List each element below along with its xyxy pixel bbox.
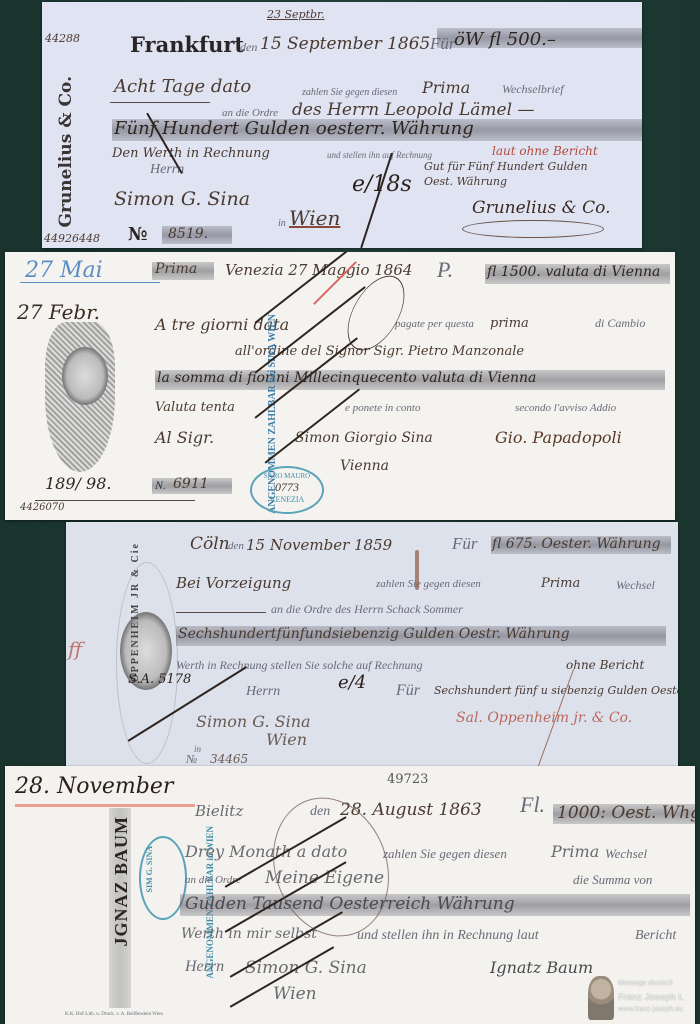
pen-stroke <box>360 153 393 248</box>
drawee: Simon G. Sina <box>114 188 250 210</box>
number: 6911 <box>173 476 209 492</box>
site-watermark: Message deutsch Franz Joseph I. www.fran… <box>578 970 698 1024</box>
order: all'ordine del Signor Sigr. Pietro Manzo… <box>235 344 524 359</box>
blue-underline <box>20 282 160 283</box>
account-text: und stellen ihn in Rechnung laut <box>357 928 539 944</box>
signature: Gio. Papadopoli <box>495 428 622 447</box>
red-underline <box>15 804 195 807</box>
number-label: N. <box>155 478 166 493</box>
signature-flourish <box>462 220 604 238</box>
sum-in-words: Sechshundertfünfundsiebenzig Gulden Oest… <box>178 626 570 642</box>
advice: laut ohne Bericht <box>492 144 598 158</box>
city: Wien <box>266 730 307 749</box>
bottom-rule <box>35 500 195 501</box>
good-for: Sechshundert fünf u siebenzig Gulden Oes… <box>434 684 678 697</box>
issuer-imprint: JGNAZ BAUM <box>111 816 132 947</box>
watermark-line-3: www.franz-joseph.eu <box>618 1006 683 1013</box>
sum-in-words: la somma di fiorini Millecinquecento val… <box>157 370 536 386</box>
copy-box: Prima <box>155 261 197 277</box>
account-text: e ponete in conto <box>345 402 420 414</box>
advice: Bericht <box>635 928 676 944</box>
engraved-vignette <box>62 347 108 405</box>
pay-text: zahlen Sie gegen diesen <box>376 578 481 590</box>
advice: secondo l'avviso Addio <box>515 402 616 414</box>
stamp-number: 0773 <box>252 480 322 495</box>
reference-number-top: 44288 <box>45 32 80 45</box>
amount-label: Für <box>452 534 478 554</box>
ink-stain <box>415 550 419 590</box>
issuer-imprint: Grunelius & Co. <box>56 76 76 228</box>
watermark-line-1: Message deutsch <box>618 980 673 987</box>
drawee-salutation: Herrn <box>185 958 224 976</box>
to-label: Al Sigr. <box>155 428 214 447</box>
copy-word: Prima <box>551 842 599 861</box>
city: Wien <box>289 206 340 230</box>
bill-of-exchange-coeln: OPPENHEIM JR & Cie ff Cöln den 15 Novemb… <box>66 522 678 768</box>
amount: öW fl 500.– <box>454 29 556 50</box>
place: Cöln <box>190 534 230 554</box>
copy-suffix: Wechsel <box>605 846 647 862</box>
sum-label: die Summa von <box>573 872 652 888</box>
term-rule <box>110 102 210 103</box>
accepted-note: 23 Septbr. <box>267 8 325 21</box>
value-text: Werth in Rechnung stellen Sie solche auf… <box>176 658 423 673</box>
margin-mark: e/4 <box>338 672 366 693</box>
reference-number-bottom: 4426070 <box>20 502 65 513</box>
left-mark: ff <box>68 637 82 661</box>
order-rule <box>176 612 266 613</box>
number-label: № <box>186 752 197 767</box>
copy-suffix: Wechsel <box>616 578 655 593</box>
value-text: Valuta tenta <box>155 400 235 415</box>
left-note: 27 Febr. <box>17 300 100 324</box>
signature: Sal. Oppenheim jr. & Co. <box>456 710 632 726</box>
amount: fl 1500. valuta di Vienna <box>487 264 660 280</box>
copy-word: Prima <box>422 78 470 97</box>
copy-suffix: Wechselbrief <box>502 82 564 97</box>
order: an die Ordre des Herrn Schack Sommer <box>271 602 463 617</box>
term: Bei Vorzeigung <box>176 574 291 592</box>
copy-word: Prima <box>541 576 580 591</box>
exchange-label: di Cambio <box>595 316 645 331</box>
stamp-text: SIM G. SINA <box>145 846 154 892</box>
advice: ohne Bericht <box>566 658 644 672</box>
stamp-bottom-text: VENEZIA <box>252 495 322 504</box>
issuer-imprint: OPPENHEIM JR & Cie <box>130 542 141 682</box>
in-label: in <box>278 218 286 229</box>
date-label: den <box>228 540 244 552</box>
amount: 1000: Oest. Whg. <box>557 803 695 823</box>
number-label: № <box>128 224 148 245</box>
amount-label: Fl. <box>520 792 545 818</box>
date: 15 September 1865 <box>260 34 430 54</box>
portrait-icon <box>588 976 614 1020</box>
blue-note: 27 Mai <box>25 258 103 283</box>
date: 15 November 1859 <box>246 536 392 554</box>
bill-of-exchange-venezia: 27 Mai 27 Febr. Prima Venezia 27 Maggio … <box>5 252 675 520</box>
serial-left: S.A. 5178 <box>128 672 191 687</box>
number: 34465 <box>210 752 248 766</box>
amount: fl 675. Oester. Währung <box>492 536 661 552</box>
place: Bielitz <box>195 802 243 820</box>
place: Frankfurt <box>130 32 244 57</box>
sum-in-words: Fünf Hundert Gulden oesterr. Währung <box>114 118 474 139</box>
good-for: Gut für Fünf Hundert Gulden <box>424 160 588 173</box>
printer-imprint: K.K. Hof-Lith. u. Druck. v. A. Reiffenst… <box>65 1012 163 1017</box>
watermark-line-2: Franz Joseph I. <box>618 992 684 1002</box>
copy-word: prima <box>490 316 529 331</box>
city: Vienna <box>340 458 389 474</box>
number: 8519. <box>168 226 208 242</box>
drawee-salutation: Herrn <box>246 684 280 700</box>
pay-text: zahlen Sie gegen diesen <box>383 846 507 862</box>
serial-left: 189/ 98. <box>45 474 111 493</box>
stamp-top-text: SARO MAURO <box>252 472 322 480</box>
date-label: den <box>240 40 257 55</box>
good-for-label: Für <box>396 682 420 700</box>
term: Acht Tage dato <box>114 76 251 97</box>
reference-number-bottom: 44926448 <box>44 232 100 245</box>
good-for-currency: Oest. Währung <box>424 175 507 188</box>
bill-of-exchange-frankfurt: 44288 Grunelius & Co. 23 Septbr. Frankfu… <box>42 2 642 248</box>
drawee: Simon Giorgio Sina <box>295 430 433 446</box>
pay-text: zahlen Sie gegen diesen <box>302 87 397 98</box>
account-text: und stellen ihn auf Rechnung <box>327 150 432 160</box>
value-text: Den Werth in Rechnung <box>112 146 270 161</box>
payee: des Herrn Leopold Lämel — <box>292 100 534 120</box>
red-note: 28. November <box>15 774 173 799</box>
pay-text: pagate per questa <box>395 318 474 330</box>
drawee: Simon G. Sina <box>196 712 311 731</box>
reference-number-top: 49723 <box>387 772 428 787</box>
city: Wien <box>273 984 317 1004</box>
notary-oval-stamp: SARO MAURO 0773 VENEZIA <box>250 466 324 514</box>
signature: Grunelius & Co. <box>472 198 611 218</box>
amount-label: P. <box>437 257 453 283</box>
